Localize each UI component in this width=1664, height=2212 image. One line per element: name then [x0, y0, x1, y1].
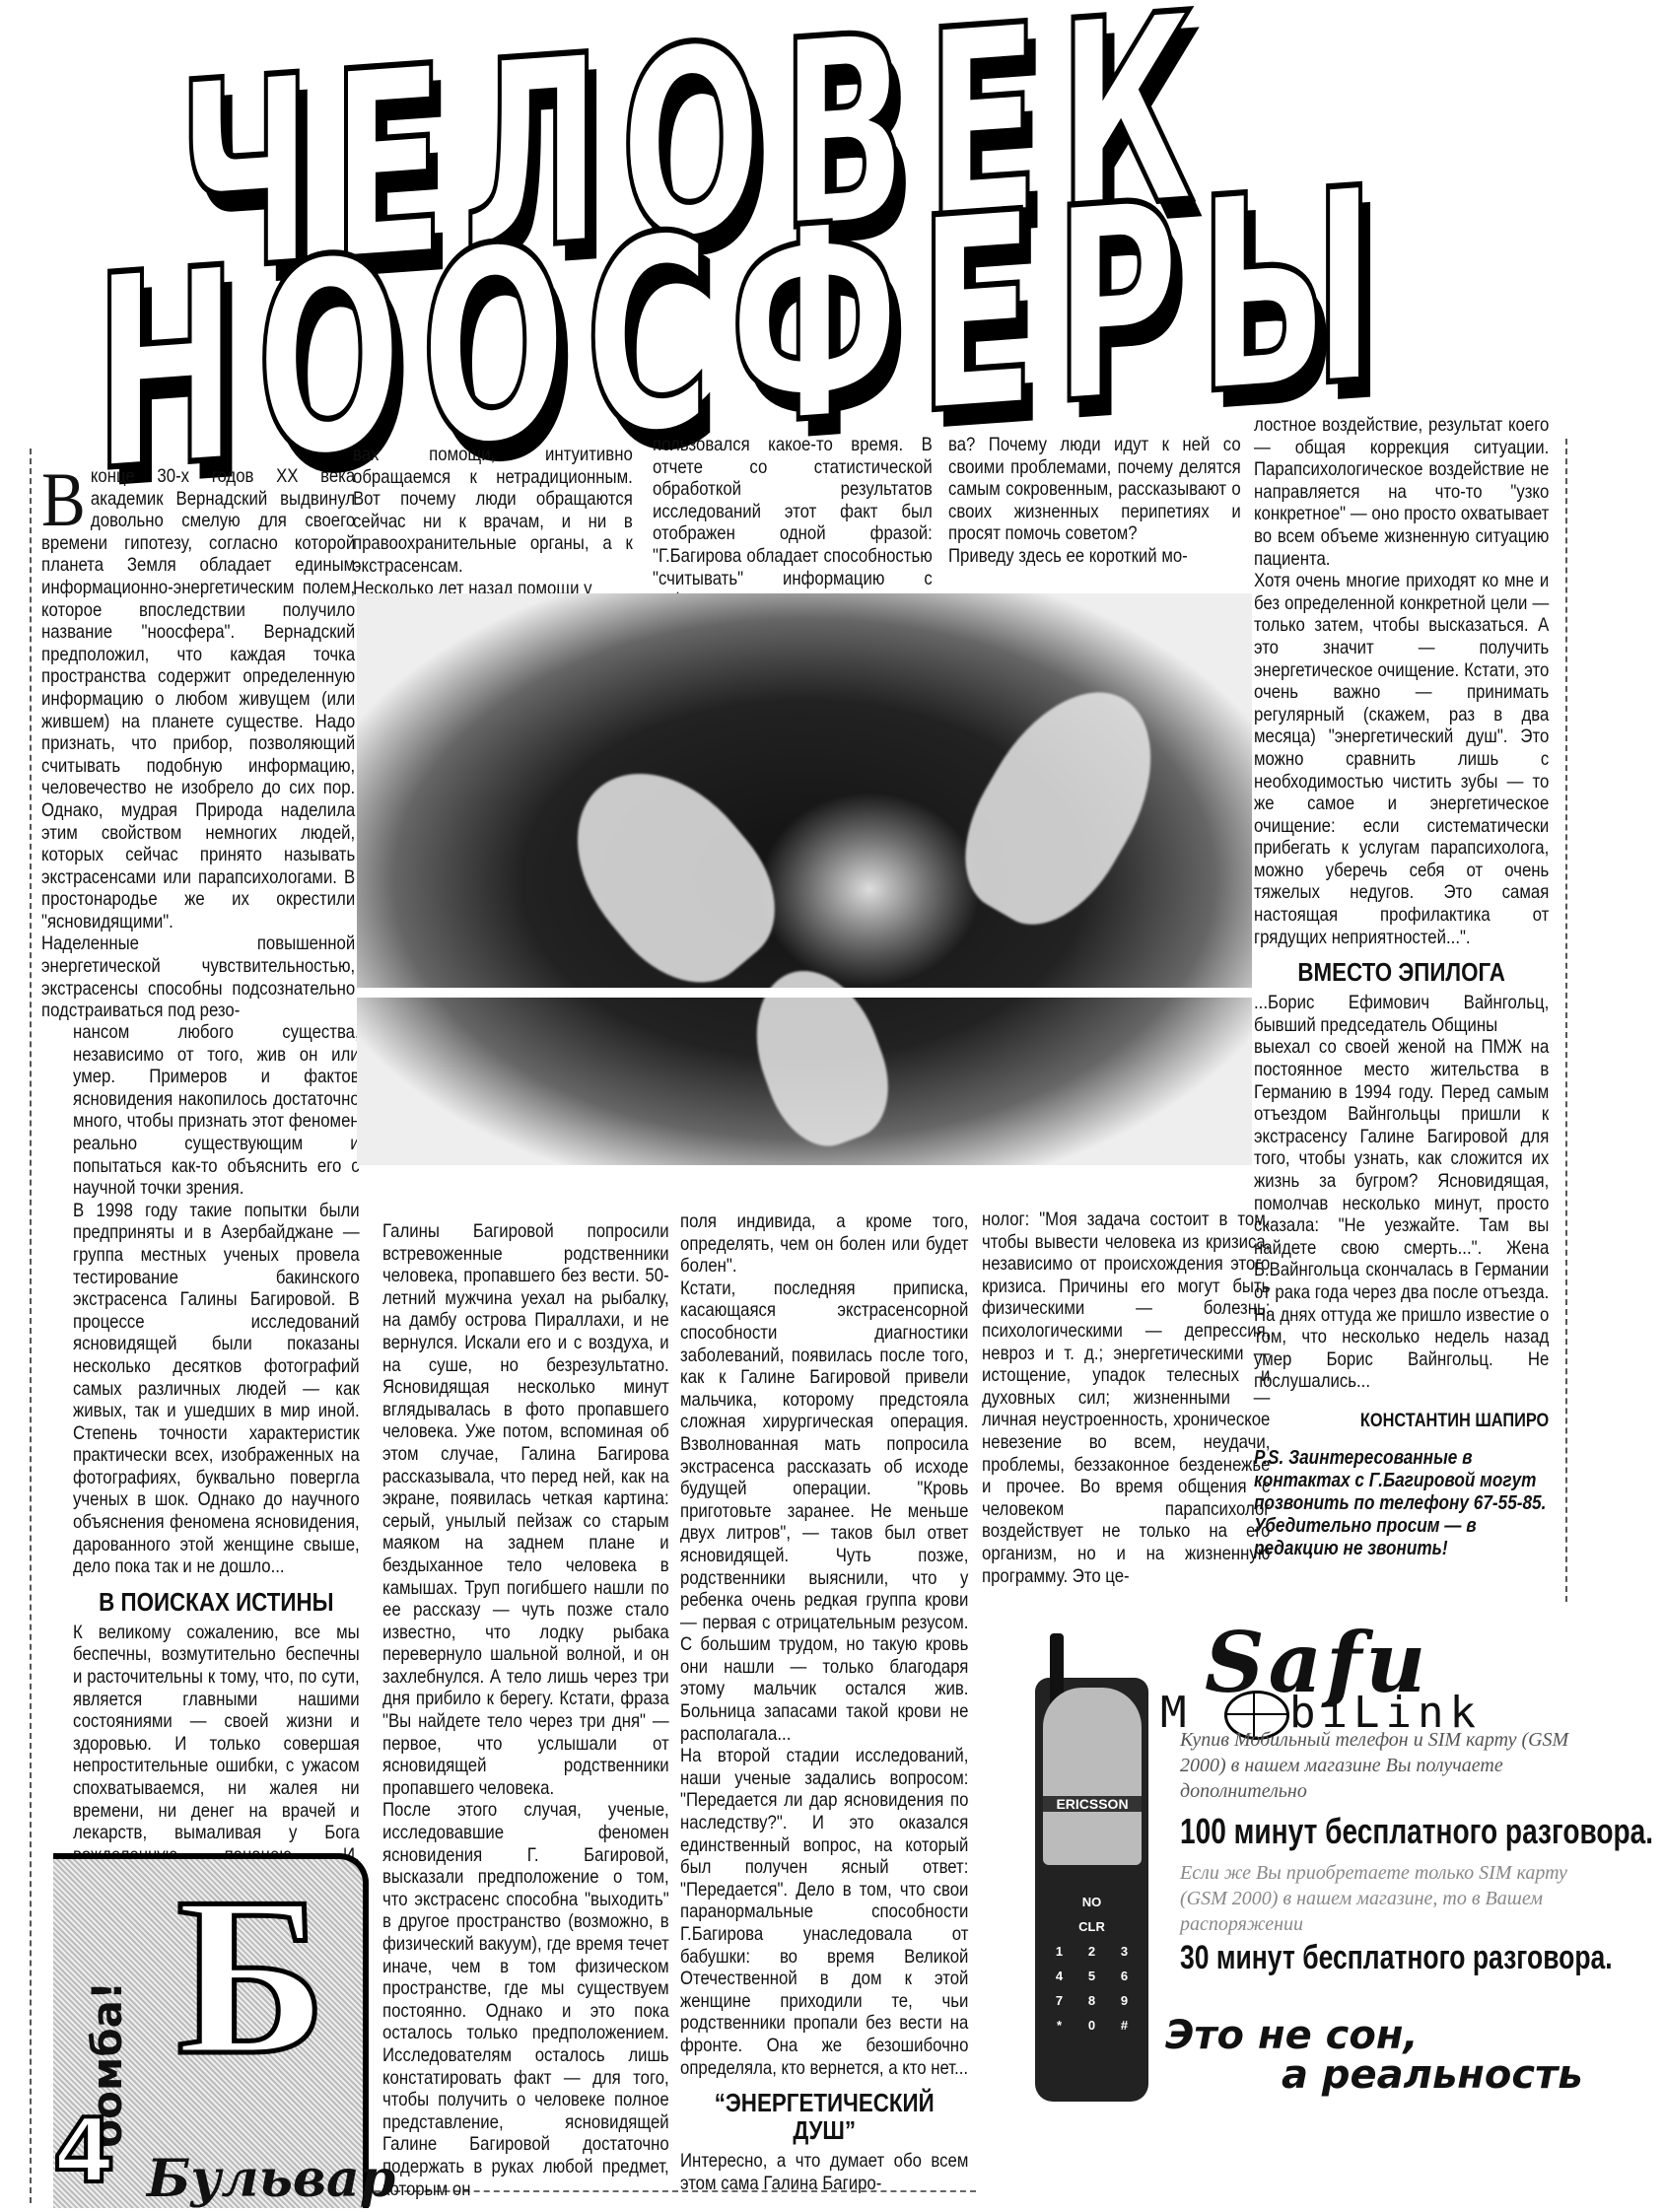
key — [1110, 1895, 1139, 1909]
key: 4 — [1045, 1969, 1074, 1983]
article-column-2-top: вах помощи, интуитивно обращаемся к нетр… — [353, 444, 633, 599]
ad-offer-headline-2: 30 минут бесплатного разговора. — [1180, 1939, 1613, 1977]
column-rule — [30, 449, 32, 2203]
key: 7 — [1045, 1993, 1074, 2008]
article-column-3-bottom: поля индивида, а кроме того, определять,… — [680, 1210, 968, 2194]
article-column-1-middle: нансом любого существа, независимо от то… — [73, 1021, 360, 1889]
newspaper-masthead-logo: Б бомба! 4 Бульвар — [53, 1853, 369, 2208]
phone-keypad: NO CLR 1 2 3 4 5 6 7 8 9 * 0 # — [1045, 1895, 1139, 2033]
key: 6 — [1110, 1969, 1139, 1983]
masthead-title: Бульвар — [147, 2149, 395, 2209]
key: 8 — [1077, 1993, 1106, 2008]
paragraph: К великому сожалению, все мы беспечны, в… — [73, 1622, 360, 1889]
key: CLR — [1077, 1919, 1106, 1934]
article-column-5: лостное воздействие, результат коего — о… — [1254, 414, 1549, 1560]
paragraph: В 1998 году такие попытки были предприня… — [73, 1200, 360, 1578]
postscript: P.S. Заинтересованные в контактах с Г.Ба… — [1254, 1447, 1549, 1560]
column-rule — [1565, 439, 1567, 1602]
key: # — [1110, 2018, 1139, 2033]
paragraph: Галины Багировой попросили встревоженные… — [382, 1220, 669, 1799]
article-column-1-top: В конце 30-х годов XX века академик Верн… — [41, 465, 355, 1022]
paragraph: Приведу здесь ее короткий мо- — [948, 545, 1241, 568]
subheading-search-for-truth: В ПОИСКАХ ИСТИНЫ — [73, 1588, 360, 1616]
key: 2 — [1077, 1944, 1106, 1959]
article-column-4-bottom: нолог: "Моя задача состоит в том, чтобы … — [982, 1209, 1270, 1587]
paragraph: вах помощи, интуитивно обращаемся к нетр… — [353, 444, 633, 578]
paragraph: выехал со своей женой на ПМЖ на постоянн… — [1254, 1036, 1549, 1393]
paragraph: нолог: "Моя задача состоит в том, чтобы … — [982, 1209, 1270, 1587]
paragraph: ва? Почему люди идут к ней со своими про… — [948, 434, 1241, 545]
key: NO — [1077, 1895, 1106, 1909]
photo-split — [357, 988, 1252, 998]
hand-left — [539, 736, 805, 1011]
paragraph: конце 30-х годов XX века академик Вернад… — [41, 465, 355, 933]
article-column-2-bottom: Галины Багировой попросили встревоженные… — [382, 1220, 669, 2200]
key: 9 — [1110, 1993, 1139, 2008]
key: 3 — [1110, 1944, 1139, 1959]
phone-face — [1043, 1688, 1142, 1865]
mobile-phone-image: ERICSSON NO CLR 1 2 3 4 5 6 7 8 9 * 0 # — [1035, 1678, 1148, 2102]
paragraph: После этого случая, ученые, исследовавши… — [382, 1799, 669, 2200]
ad-slogan-2: а реальность — [1282, 2052, 1583, 2098]
paragraph: поля индивида, а кроме того, определять,… — [680, 1210, 968, 1278]
advertisement-safu-mobilink: ERICSSON NO CLR 1 2 3 4 5 6 7 8 9 * 0 # … — [1007, 1599, 1609, 2121]
subheading-energy-shower: “ЭНЕРГЕТИЧЕСКИЙ ДУШ” — [680, 2089, 968, 2144]
paragraph: лостное воздействие, результат коего — о… — [1254, 414, 1549, 570]
hand-bottom — [734, 953, 906, 1160]
key: * — [1045, 2018, 1074, 2033]
ad-offer-text-1: Купив Мобильный телефон и SIM карту (GSM… — [1180, 1727, 1594, 1804]
illustration-hands-photo — [357, 593, 1252, 1165]
paragraph: Интересно, а что думает обо всем этом са… — [680, 2150, 968, 2194]
key — [1110, 1919, 1139, 1934]
key: 0 — [1077, 2018, 1106, 2033]
paragraph: Хотя очень многие приходят ко мне и без … — [1254, 570, 1549, 948]
phone-brand: ERICSSON — [1043, 1796, 1142, 1812]
ad-offer-text-2: Если же Вы приобретаете только SIM карту… — [1180, 1860, 1594, 1937]
article-column-3-top: пользовался какое-то время. В отчете со … — [653, 434, 933, 612]
subheading-epilogue: ВМЕСТО ЭПИЛОГА — [1254, 958, 1549, 986]
article-column-4-top: ва? Почему люди идут к ней со своими про… — [948, 434, 1241, 568]
key: 1 — [1045, 1944, 1074, 1959]
paragraph: пользовался какое-то время. В отчете со … — [653, 434, 933, 612]
paragraph: На второй стадии исследований, наши учен… — [680, 1745, 968, 2079]
dropcap: В — [41, 469, 86, 530]
paragraph: Кстати, последняя приписка, касающаяся э… — [680, 1278, 968, 1745]
hand-right — [936, 661, 1188, 949]
page-number: 4 — [53, 2100, 115, 2203]
key: 5 — [1077, 1969, 1106, 1983]
masthead-letter: Б — [176, 1863, 326, 2090]
paragraph: ...Борис Ефимович Вайнгольц, бывший пред… — [1254, 992, 1549, 1036]
key — [1045, 1895, 1074, 1909]
paragraph: нансом любого существа, независимо от то… — [73, 1021, 360, 1200]
author-byline: КОНСТАНТИН ШАПИРО — [1254, 1411, 1549, 1433]
paragraph: Наделенные повышенной энергетической чув… — [41, 933, 355, 1021]
ad-offer-headline-1: 100 минут бесплатного разговора. — [1180, 1811, 1653, 1852]
key — [1045, 1919, 1074, 1934]
